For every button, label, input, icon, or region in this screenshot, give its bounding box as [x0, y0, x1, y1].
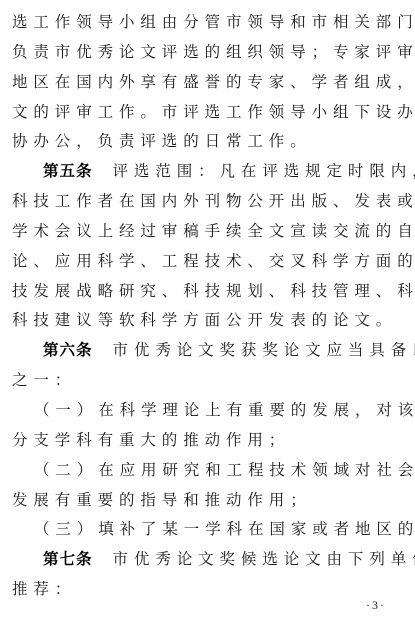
item-1-rest-line: 分支学科有重大的推动作用； — [0, 426, 415, 456]
article-6-text: 市优秀论文奖获奖论文应当具备以下条件 — [113, 341, 415, 359]
article-5-heading: 第五条 — [43, 162, 93, 180]
article-7-heading: 第七条 — [43, 550, 93, 568]
article-6-heading: 第六条 — [43, 341, 93, 359]
item-2-rest-line: 发展有重要的指导和推动作用； — [0, 486, 415, 516]
text-line: 论、应用科学、工程技术、交叉科学方面的学术论文；科 — [0, 247, 415, 277]
article-6-first-line: 第六条市优秀论文奖获奖论文应当具备以下条件 — [0, 336, 415, 366]
text-line: 地区在国内外享有盛誉的专家、学者组成，负责市优秀论 — [0, 68, 415, 98]
item-2-first-line: （二）在应用研究和工程技术领域对社会进步、经济 — [0, 456, 415, 486]
text-line: 协办公，负责评选的日常工作。 — [0, 127, 415, 157]
page-number: ·3· — [366, 598, 386, 613]
text-line: 科技工作者在国内外刊物公开出版、发表或者在市级以上 — [0, 187, 415, 217]
text-line: 推荐： — [0, 575, 415, 605]
article-7-text: 市优秀论文奖候选论文由下列单位或者个人 — [113, 550, 415, 568]
text-line: 文的评审工作。市评选工作领导小组下设办公室，在市科 — [0, 98, 415, 128]
text-line: 科技建议等软科学方面公开发表的论文。 — [0, 306, 415, 336]
text-line: 负责市优秀论文评选的组织领导；专家评审委员会由武汉 — [0, 38, 415, 68]
text-line: 选工作领导小组由分管市领导和市相关部门负责人组成， — [0, 8, 415, 38]
text-line: 技发展战略研究、科技规划、科技管理、科技咨询论证和 — [0, 277, 415, 307]
item-1-first-line: （一）在科学理论上有重要的发展，对该学科或者其 — [0, 396, 415, 426]
article-5-text: 评选范围：凡在评选规定时限内，武汉地区 — [113, 162, 415, 180]
article-7-first-line: 第七条市优秀论文奖候选论文由下列单位或者个人 — [0, 545, 415, 575]
item-3-first-line: （三）填补了某一学科在国家或者地区的空白。 — [0, 515, 415, 545]
document-page: 选工作领导小组由分管市领导和市相关部门负责人组成， 负责市优秀论文评选的组织领导… — [0, 8, 415, 605]
text-line: 之一： — [0, 366, 415, 396]
text-line: 学术会议上经过审稿手续全文宣读交流的自然科学基础理 — [0, 217, 415, 247]
article-5-first-line: 第五条评选范围：凡在评选规定时限内，武汉地区 — [0, 157, 415, 187]
